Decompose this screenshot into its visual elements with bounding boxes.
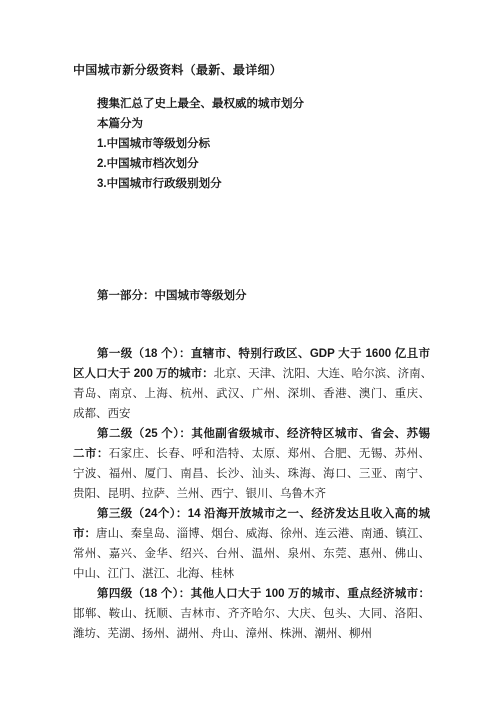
tier3-city-list: 常州、嘉兴、金华、绍兴、台州、温州、泉州、东莞、惠州、佛山、 [73, 548, 430, 560]
tier3-city-list: 唐山、秦皇岛、淄博、烟台、威海、徐州、连云港、南通、镇江、 [96, 528, 430, 540]
tier3-line-3: 常州、嘉兴、金华、绍兴、台州、温州、泉州、东莞、惠州、佛山、 [73, 544, 430, 564]
intro-block: 搜集汇总了史上最全、最权威的城市划分 本篇分为 1.中国城市等级划分标 2.中国… [73, 94, 430, 194]
tier1-criteria-text: 第一级（18 个）：直辖市、特别行政区、GDP 大于 1600 亿且市 [97, 348, 430, 360]
tier1-line-3: 青岛、南京、上海、杭州、武汉、广州、深圳、香港、澳门、重庆、 [73, 384, 430, 404]
tier2-criteria-text: 第二级（25 个）：其他副省级城市、经济特区城市、省会、苏锡 [97, 428, 430, 440]
tier4-line-1: 第四级（18 个）：其他人口大于 100 万的城市、重点经济城市： [73, 584, 430, 604]
part1-heading: 第一部分：中国城市等级划分 [73, 286, 430, 306]
tier2-criteria-text-cont: 二市： [73, 448, 109, 460]
intro-line-lead: 本篇分为 [97, 114, 430, 134]
tier1-line-2: 区人口大于 200 万的城市：北京、天津、沈阳、大连、哈尔滨、济南、 [73, 364, 430, 384]
tier1-line-4: 成都、西安 [73, 404, 430, 424]
tier3-line-1: 第三级（24个）：14 沿海开放城市之一、经济发达且收入高的城 [73, 504, 430, 524]
tier1-criteria-text-cont: 区人口大于 200 万的城市： [73, 368, 214, 380]
tier3-criteria-text: 第三级（24个）：14 沿海开放城市之一、经济发达且收入高的城 [97, 508, 430, 520]
intro-list-item-1: 1.中国城市等级划分标 [97, 134, 430, 154]
tier2-line-4: 贵阳、昆明、拉萨、兰州、西宁、银川、乌鲁木齐 [73, 484, 430, 504]
tier2-city-list: 宁波、福州、厦门、南昌、长沙、汕头、珠海、海口、三亚、南宁、 [73, 468, 430, 480]
intro-list-item-3: 3.中国城市行政级别划分 [97, 174, 430, 194]
tier4-city-list: 邯郸、鞍山、抚顺、吉林市、齐齐哈尔、大庆、包头、大同、洛阳、 [73, 608, 430, 620]
tier2-line-3: 宁波、福州、厦门、南昌、长沙、汕头、珠海、海口、三亚、南宁、 [73, 464, 430, 484]
tier2-line-1: 第二级（25 个）：其他副省级城市、经济特区城市、省会、苏锡 [73, 424, 430, 444]
tier1-line-1: 第一级（18 个）：直辖市、特别行政区、GDP 大于 1600 亿且市 [73, 344, 430, 364]
tier4-city-list: 潍坊、芜湖、扬州、湖州、舟山、漳州、株洲、潮州、柳州 [73, 628, 372, 640]
tier4-line-2: 邯郸、鞍山、抚顺、吉林市、齐齐哈尔、大庆、包头、大同、洛阳、 [73, 604, 430, 624]
tier3-line-4: 中山、江门、湛江、北海、桂林 [73, 564, 430, 584]
tier1-city-list: 北京、天津、沈阳、大连、哈尔滨、济南、 [214, 368, 433, 380]
tier2-city-list: 石家庄、长春、呼和浩特、太原、郑州、合肥、无锡、苏州、 [109, 448, 430, 460]
intro-line-summary: 搜集汇总了史上最全、最权威的城市划分 [97, 94, 430, 114]
tier3-city-list: 中山、江门、湛江、北海、桂林 [73, 568, 234, 580]
tier3-line-2: 市：唐山、秦皇岛、淄博、烟台、威海、徐州、连云港、南通、镇江、 [73, 524, 430, 544]
tier2-city-list: 贵阳、昆明、拉萨、兰州、西宁、银川、乌鲁木齐 [73, 488, 326, 500]
tier2-line-2: 二市：石家庄、长春、呼和浩特、太原、郑州、合肥、无锡、苏州、 [73, 444, 430, 464]
intro-list-item-2: 2.中国城市档次划分 [97, 154, 430, 174]
tier3-criteria-text-cont: 市： [73, 528, 96, 540]
tier1-city-list: 青岛、南京、上海、杭州、武汉、广州、深圳、香港、澳门、重庆、 [73, 388, 430, 400]
tier4-line-3: 潍坊、芜湖、扬州、湖州、舟山、漳州、株洲、潮州、柳州 [73, 624, 430, 644]
tier1-city-list: 成都、西安 [73, 408, 131, 420]
document-page: 中国城市新分级资料（最新、最详细） 搜集汇总了史上最全、最权威的城市划分 本篇分… [0, 0, 496, 702]
document-title: 中国城市新分级资料（最新、最详细） [73, 60, 430, 80]
tier4-criteria-text: 第四级（18 个）：其他人口大于 100 万的城市、重点经济城市： [97, 588, 430, 600]
part1-body: 第一级（18 个）：直辖市、特别行政区、GDP 大于 1600 亿且市 区人口大… [73, 344, 430, 644]
